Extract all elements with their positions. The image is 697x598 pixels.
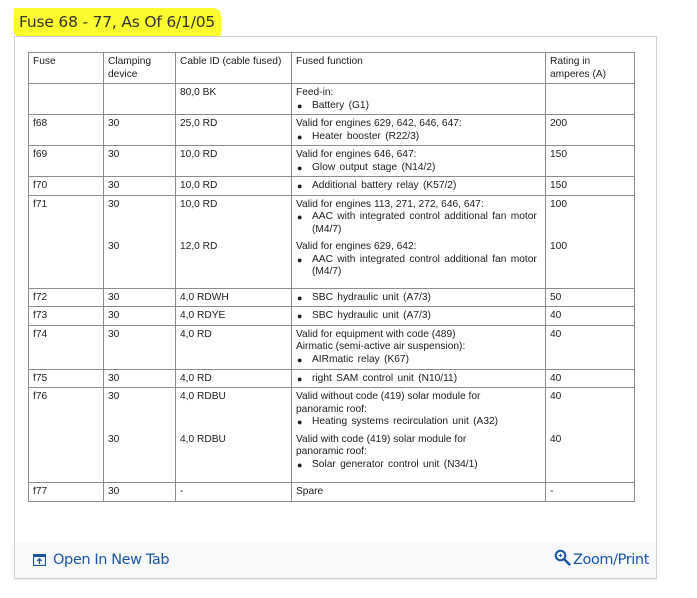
rating-value: 40: [550, 310, 630, 323]
rating-value: 50: [550, 292, 630, 305]
function-bullet-item: ●Heating systems recirculation unit (A32…: [296, 416, 541, 429]
table-row: f73304,0 RDYE●SBC hydraulic unit (A7/3)4…: [29, 307, 635, 326]
fuse-id: f69: [33, 149, 47, 160]
cell-cable-id: 80,0 BK: [176, 84, 292, 115]
function-bullet-item: ●Battery (G1): [296, 100, 541, 113]
cell-fuse: f70: [29, 177, 104, 196]
cable-id-value: 4,0 RDBU: [180, 391, 287, 429]
cell-fused-function: ●Additional battery relay (K57/2): [292, 177, 546, 196]
cell-rating: 40: [546, 369, 635, 388]
rating-value: 150: [550, 180, 630, 193]
function-component: Battery (G1): [312, 100, 541, 113]
cell-clamping-device: 30: [104, 288, 176, 307]
header-rating: Rating in amperes (A): [546, 53, 635, 84]
bullet-icon: ●: [296, 100, 312, 113]
rating-value: 100: [550, 199, 630, 237]
cable-id-value: 12,0 RD: [180, 241, 287, 279]
bullet-icon: ●: [296, 459, 312, 472]
function-bullet-item: ●SBC hydraulic unit (A7/3): [296, 292, 541, 305]
bullet-icon: ●: [296, 416, 312, 429]
function-bullet-item: ●Glow output stage (N14/2): [296, 162, 541, 175]
function-bullet-item: ●Additional battery relay (K57/2): [296, 180, 541, 193]
magnifier-icon: [554, 549, 571, 566]
cell-cable-id: 4,0 RD: [176, 369, 292, 388]
cell-clamping-device: 3030: [104, 388, 176, 483]
cell-fused-function: ●SBC hydraulic unit (A7/3): [292, 307, 546, 326]
cell-rating: 150: [546, 146, 635, 177]
header-fused-function: Fused function: [292, 53, 546, 84]
table-row: f683025,0 RDValid for engines 629, 642, …: [29, 115, 635, 146]
fuse-id: f74: [33, 329, 47, 340]
zoom-print-label: Zoom/Print: [573, 552, 649, 568]
cell-cable-id: 4,0 RDWH: [176, 288, 292, 307]
cell-clamping-device: 3030: [104, 195, 176, 288]
function-component: Heating systems recirculation unit (A32): [312, 416, 541, 429]
header-clamping-device: Clamping device: [104, 53, 176, 84]
cable-id-value: 4,0 RDWH: [180, 292, 287, 305]
function-entry: Spare: [296, 486, 541, 499]
function-entry: Feed-in:●Battery (G1): [296, 87, 541, 112]
function-condition: Feed-in:: [296, 87, 541, 100]
function-condition: Valid with code (419) solar module for: [296, 434, 541, 447]
table-row: 80,0 BKFeed-in:●Battery (G1): [29, 84, 635, 115]
function-component: Glow output stage (N14/2): [312, 162, 541, 175]
function-condition: Valid for engines 629, 642, 646, 647:: [296, 118, 541, 131]
cell-fuse: f74: [29, 325, 104, 369]
cable-id-value: 4,0 RDBU: [180, 434, 287, 472]
cell-fused-function: Spare: [292, 483, 546, 502]
clamping-value: 30: [108, 310, 171, 323]
fuse-id: f68: [33, 118, 47, 129]
rating-value: 40: [550, 434, 630, 472]
rating-value: 40: [550, 373, 630, 386]
fuse-id: f71: [33, 199, 47, 210]
bullet-icon: ●: [296, 310, 312, 323]
bullet-icon: ●: [296, 180, 312, 193]
cell-cable-id: -: [176, 483, 292, 502]
cell-clamping-device: 30: [104, 325, 176, 369]
rating-value: 100: [550, 241, 630, 279]
rating-value: 150: [550, 149, 630, 174]
clamping-value: 30: [108, 292, 171, 305]
cell-fused-function: ●right SAM control unit (N10/11): [292, 369, 546, 388]
fuse-id: f75: [33, 373, 47, 384]
cell-rating: -: [546, 483, 635, 502]
cable-id-value: 10,0 RD: [180, 180, 287, 193]
cell-fused-function: Valid for engines 113, 271, 272, 646, 64…: [292, 195, 546, 288]
cell-fused-function: Valid without code (419) solar module fo…: [292, 388, 546, 483]
cell-clamping-device: 30: [104, 177, 176, 196]
function-entry: Valid for equipment with code (489)Airma…: [296, 329, 541, 367]
function-entry: ●right SAM control unit (N10/11): [296, 373, 541, 386]
fuse-table-body: 80,0 BKFeed-in:●Battery (G1)f683025,0 RD…: [29, 84, 635, 502]
function-component: AAC with integrated control additional f…: [312, 254, 541, 279]
clamping-value: 30: [108, 329, 171, 367]
clamping-value: 30: [108, 486, 171, 499]
cable-id-value: 80,0 BK: [180, 87, 287, 112]
page-title: Fuse 68 - 77, As Of 6/1/05: [19, 13, 215, 31]
fuse-id: f76: [33, 391, 47, 402]
function-bullet-item: ●Solar generator control unit (N34/1): [296, 459, 541, 472]
function-condition: Valid for engines 629, 642:: [296, 241, 541, 254]
table-row: f7630304,0 RDBU4,0 RDBUValid without cod…: [29, 388, 635, 483]
table-row: f72304,0 RDWH●SBC hydraulic unit (A7/3)5…: [29, 288, 635, 307]
function-component: Heater booster (R22/3): [312, 131, 541, 144]
open-in-new-tab-label: Open In New Tab: [53, 552, 169, 568]
cell-clamping-device: 30: [104, 115, 176, 146]
cell-rating: [546, 84, 635, 115]
function-entry: Valid for engines 646, 647:●Glow output …: [296, 149, 541, 174]
bullet-icon: ●: [296, 131, 312, 144]
function-condition: Airmatic (semi-active air suspension):: [296, 341, 541, 354]
cell-cable-id: 10,0 RD: [176, 177, 292, 196]
function-condition: panoramic roof:: [296, 404, 541, 417]
function-entry: Valid for engines 113, 271, 272, 646, 64…: [296, 199, 541, 237]
cell-cable-id: 4,0 RD: [176, 325, 292, 369]
function-bullet-item: ●AAC with integrated control additional …: [296, 211, 541, 236]
function-bullet-item: ●AIRmatic relay (K67): [296, 354, 541, 367]
function-entry: Valid for engines 629, 642:●AAC with int…: [296, 241, 541, 279]
table-header-row: Fuse Clamping device Cable ID (cable fus…: [29, 53, 635, 84]
function-condition: Valid without code (419) solar module fo…: [296, 391, 541, 404]
cell-fused-function: Valid for engines 646, 647:●Glow output …: [292, 146, 546, 177]
rating-value: 200: [550, 118, 630, 143]
function-condition: panoramic roof:: [296, 446, 541, 459]
fuse-id: f77: [33, 486, 47, 497]
cell-clamping-device: [104, 84, 176, 115]
function-entry: ●Additional battery relay (K57/2): [296, 180, 541, 193]
cell-fused-function: ●SBC hydraulic unit (A7/3): [292, 288, 546, 307]
bullet-icon: ●: [296, 354, 312, 367]
bullet-icon: ●: [296, 254, 312, 267]
cell-fuse: f76: [29, 388, 104, 483]
bullet-icon: ●: [296, 373, 312, 386]
fuse-table: Fuse Clamping device Cable ID (cable fus…: [28, 52, 635, 502]
table-row: f693010,0 RDValid for engines 646, 647:●…: [29, 146, 635, 177]
cell-fuse: f71: [29, 195, 104, 288]
title-highlight: Fuse 68 - 77, As Of 6/1/05: [14, 8, 221, 36]
function-condition: Valid for engines 646, 647:: [296, 149, 541, 162]
function-component: Solar generator control unit (N34/1): [312, 459, 541, 472]
clamping-value: 30: [108, 199, 171, 237]
clamping-value: 30: [108, 391, 171, 429]
cell-clamping-device: 30: [104, 146, 176, 177]
cell-fused-function: Valid for equipment with code (489)Airma…: [292, 325, 546, 369]
open-new-tab-icon: [33, 554, 46, 566]
scanned-document: Fuse Clamping device Cable ID (cable fus…: [28, 52, 634, 531]
cell-cable-id: 4,0 RDBU4,0 RDBU: [176, 388, 292, 483]
function-condition: Spare: [296, 486, 541, 499]
header-fuse: Fuse: [29, 53, 104, 84]
cell-rating: 150: [546, 177, 635, 196]
rating-value: 40: [550, 391, 630, 429]
rating-value: 40: [550, 329, 630, 367]
function-condition: Valid for engines 113, 271, 272, 646, 64…: [296, 199, 541, 212]
function-component: SBC hydraulic unit (A7/3): [312, 310, 541, 323]
function-component: AAC with integrated control additional f…: [312, 211, 541, 236]
cell-rating: 50: [546, 288, 635, 307]
cell-fuse: f73: [29, 307, 104, 326]
cell-fuse: f69: [29, 146, 104, 177]
header-cable-id: Cable ID (cable fused): [176, 53, 292, 84]
cell-cable-id: 10,0 RD: [176, 146, 292, 177]
cable-id-value: 4,0 RD: [180, 329, 287, 367]
function-bullet-item: ●right SAM control unit (N10/11): [296, 373, 541, 386]
clamping-value: 30: [108, 373, 171, 386]
function-entry: Valid without code (419) solar module fo…: [296, 391, 541, 429]
cell-fused-function: Valid for engines 629, 642, 646, 647:●He…: [292, 115, 546, 146]
function-entry: Valid with code (419) solar module forpa…: [296, 434, 541, 472]
function-entry: Valid for engines 629, 642, 646, 647:●He…: [296, 118, 541, 143]
cell-rating: 4040: [546, 388, 635, 483]
clamping-value: [108, 87, 171, 112]
fuse-id: f70: [33, 180, 47, 191]
cell-cable-id: 4,0 RDYE: [176, 307, 292, 326]
bullet-icon: ●: [296, 292, 312, 305]
function-component: AIRmatic relay (K67): [312, 354, 541, 367]
image-footer: Open In New Tab Zoom/Print: [15, 542, 656, 578]
cell-rating: 200: [546, 115, 635, 146]
function-component: right SAM control unit (N10/11): [312, 373, 541, 386]
cell-clamping-device: 30: [104, 483, 176, 502]
fuse-id: f73: [33, 310, 47, 321]
bullet-icon: ●: [296, 162, 312, 175]
cell-fuse: [29, 84, 104, 115]
cell-fuse: f72: [29, 288, 104, 307]
cell-clamping-device: 30: [104, 307, 176, 326]
function-entry: ●SBC hydraulic unit (A7/3): [296, 310, 541, 323]
function-condition: Valid for equipment with code (489): [296, 329, 541, 342]
clamping-value: 30: [108, 180, 171, 193]
rating-value: -: [550, 486, 630, 499]
image-frame: Fuse Clamping device Cable ID (cable fus…: [14, 36, 657, 579]
cable-id-value: 4,0 RD: [180, 373, 287, 386]
cable-id-value: 4,0 RDYE: [180, 310, 287, 323]
open-in-new-tab-link[interactable]: Open In New Tab: [33, 552, 169, 568]
function-bullet-item: ●AAC with integrated control additional …: [296, 254, 541, 279]
zoom-print-link[interactable]: Zoom/Print: [554, 552, 649, 569]
clamping-value: 30: [108, 118, 171, 143]
clamping-value: 30: [108, 149, 171, 174]
table-row: f74304,0 RDValid for equipment with code…: [29, 325, 635, 369]
cable-id-value: 10,0 RD: [180, 199, 287, 237]
cable-id-value: 25,0 RD: [180, 118, 287, 143]
function-bullet-item: ●SBC hydraulic unit (A7/3): [296, 310, 541, 323]
function-bullet-item: ●Heater booster (R22/3): [296, 131, 541, 144]
rating-value: [550, 87, 630, 112]
function-component: SBC hydraulic unit (A7/3): [312, 292, 541, 305]
cell-rating: 100100: [546, 195, 635, 288]
cell-rating: 40: [546, 307, 635, 326]
table-row: f703010,0 RD●Additional battery relay (K…: [29, 177, 635, 196]
cable-id-value: -: [180, 486, 287, 499]
function-entry: ●SBC hydraulic unit (A7/3): [296, 292, 541, 305]
cable-id-value: 10,0 RD: [180, 149, 287, 174]
cell-fuse: f75: [29, 369, 104, 388]
cell-cable-id: 10,0 RD12,0 RD: [176, 195, 292, 288]
cell-fuse: f77: [29, 483, 104, 502]
clamping-value: 30: [108, 241, 171, 279]
table-row: f75304,0 RD●right SAM control unit (N10/…: [29, 369, 635, 388]
clamping-value: 30: [108, 434, 171, 472]
cell-fused-function: Feed-in:●Battery (G1): [292, 84, 546, 115]
table-row: f7730-Spare-: [29, 483, 635, 502]
cell-rating: 40: [546, 325, 635, 369]
cell-clamping-device: 30: [104, 369, 176, 388]
table-row: f71303010,0 RD12,0 RDValid for engines 1…: [29, 195, 635, 288]
bullet-icon: ●: [296, 211, 312, 224]
fuse-id: f72: [33, 292, 47, 303]
cell-cable-id: 25,0 RD: [176, 115, 292, 146]
cell-fuse: f68: [29, 115, 104, 146]
function-component: Additional battery relay (K57/2): [312, 180, 541, 193]
